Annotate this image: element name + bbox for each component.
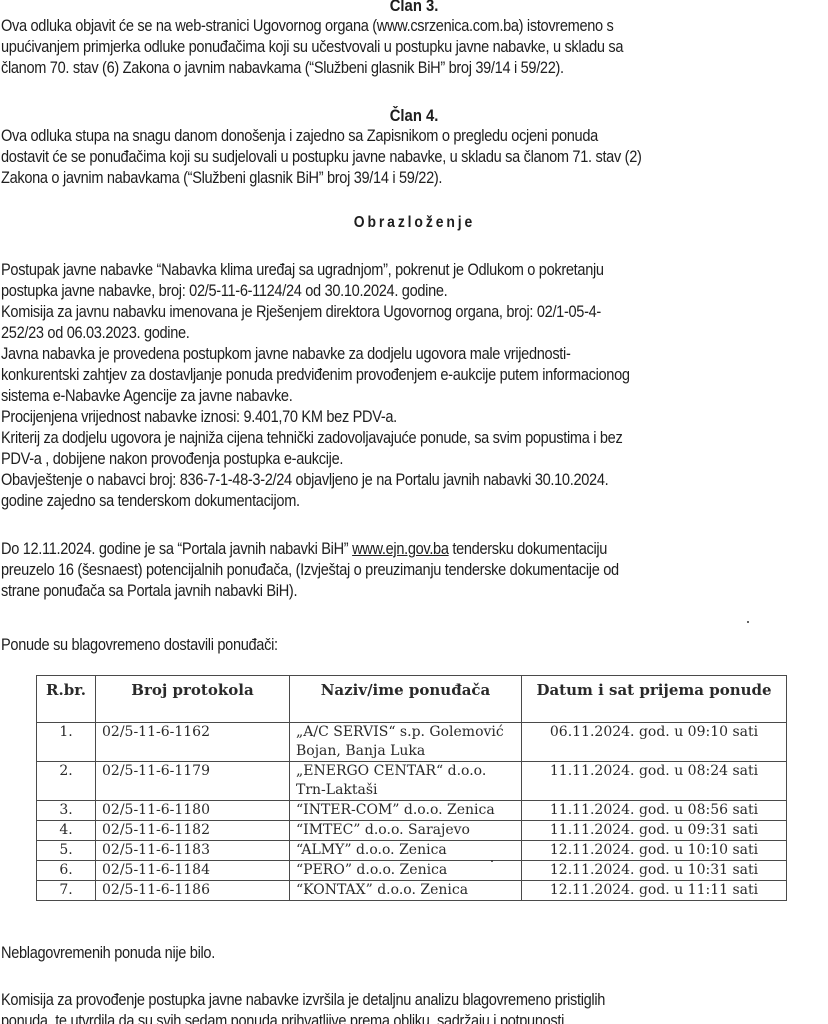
cell-protocol: 02/5-11-6-1186 <box>96 881 290 901</box>
rationale-line-8: Procijenjena vrijednost nabavke iznosi: … <box>1 407 397 428</box>
cell-received: 06.11.2024. god. u 09:10 sati <box>522 723 787 762</box>
rationale-line: 252/23 od 06.03.2023. godine. <box>1 323 210 344</box>
article-3-line: Ova odluka objavit će se na web-stranici… <box>1 16 682 37</box>
cell-received: 11.11.2024. god. u 09:31 sati <box>522 821 787 841</box>
download-line-1: Do 12.11.2024. godine je sa “Portala jav… <box>1 539 607 560</box>
download-line: strane ponuđača sa Portala javnih nabavk… <box>1 581 330 602</box>
cell-rbr: 3. <box>37 801 96 821</box>
offers-table: R.br. Broj protokola Naziv/ime ponuđača … <box>36 675 787 901</box>
offers-intro-text: Ponude su blagovremeno dostavili ponuđač… <box>1 635 278 656</box>
rationale-line: Javna nabavka je provedena postupkom jav… <box>1 344 634 365</box>
cell-rbr: 6. <box>37 861 96 881</box>
table-row: 6.02/5-11-6-1184“PERO” d.o.o. Zenica12.1… <box>37 861 787 881</box>
rationale-heading-text: Obrazloženje <box>353 213 474 233</box>
rationale-line-4: 252/23 od 06.03.2023. godine. <box>1 323 190 344</box>
rationale-heading: Obrazloženje <box>0 213 828 233</box>
header-received: Datum i sat prijema ponude <box>522 676 787 723</box>
cell-received: 11.11.2024. god. u 08:24 sati <box>522 762 787 801</box>
rationale-line-6: konkurentski zahtjev za dostavljanje pon… <box>1 365 630 386</box>
cell-bidder: “PERO” d.o.o. Zenica <box>290 861 522 881</box>
rationale-line: Procijenjena vrijednost nabavke iznosi: … <box>1 407 441 428</box>
cell-protocol: 02/5-11-6-1184 <box>96 861 290 881</box>
cell-bidder: „A/C SERVIS“ s.p. Golemović Bojan, Banja… <box>290 723 522 762</box>
cell-bidder: “IMTEC” d.o.o. Sarajevo <box>290 821 522 841</box>
rationale-line-7: sistema e-Nabavke Agencije za javne naba… <box>1 386 292 407</box>
article-4-line-1: Ova odluka stupa na snagu danom donošenj… <box>1 126 598 147</box>
download-line-2: preuzelo 16 (šesnaest) potencijalnih pon… <box>1 560 619 581</box>
ejn-portal-link[interactable]: www.ejn.gov.ba <box>352 540 449 558</box>
scan-speck <box>747 621 749 623</box>
download-text-after-link: tendersku dokumentaciju <box>449 540 607 558</box>
cell-bidder: “KONTAX” d.o.o. Zenica <box>290 881 522 901</box>
download-line: Do 12.11.2024. godine je sa “Portala jav… <box>1 539 674 560</box>
cell-protocol: 02/5-11-6-1179 <box>96 762 290 801</box>
article-3-line-1: Ova odluka objavit će se na web-stranici… <box>1 16 614 37</box>
table-row: 4.02/5-11-6-1182“IMTEC” d.o.o. Sarajevo1… <box>37 821 787 841</box>
rationale-line-9: Kriterij za dodjelu ugovora je najniža c… <box>1 428 622 449</box>
article-3-line: članom 70. stav (6) Zakona o javnim naba… <box>1 58 626 79</box>
article-3-heading: Clan 3. <box>0 0 828 16</box>
rationale-line: Kriterij za dodjelu ugovora je najniža c… <box>1 428 691 449</box>
late-offers-note: Neblagovremenih ponuda nije bilo. <box>1 943 239 964</box>
table-row: 3.02/5-11-6-1180“INTER-COM” d.o.o. Zenic… <box>37 801 787 821</box>
article-4-line: Zakona o javnim nabavkama (“Službeni gla… <box>1 168 491 189</box>
download-line: preuzelo 16 (šesnaest) potencijalnih pon… <box>1 560 687 581</box>
cell-rbr: 7. <box>37 881 96 901</box>
header-protocol: Broj protokola <box>96 676 290 723</box>
rationale-line: postupka javne nabavke, broj: 02/5-11-6-… <box>1 281 497 302</box>
late-offers-text: Neblagovremenih ponuda nije bilo. <box>1 943 215 964</box>
cell-bidder: “ALMY” d.o.o. Zenica <box>290 841 522 861</box>
download-text-before-link: Do 12.11.2024. godine je sa “Portala jav… <box>1 540 352 558</box>
cell-received: 11.11.2024. god. u 08:56 sati <box>522 801 787 821</box>
table-row: 7.02/5-11-6-1186“KONTAX” d.o.o. Zenica12… <box>37 881 787 901</box>
cell-protocol: 02/5-11-6-1182 <box>96 821 290 841</box>
rationale-line-12: godine zajedno sa tenderskom dokumentaci… <box>1 491 300 512</box>
article-4-heading-text: Član 4. <box>390 106 439 126</box>
table-row: 2.02/5-11-6-1179„ENERGO CENTAR“ d.o.o. T… <box>37 762 787 801</box>
analysis-line-2: ponuda, te utvrdila da su svih sedam pon… <box>1 1011 568 1024</box>
rationale-line: Obavještenje o nabavci broj: 836-7-1-48-… <box>1 470 676 491</box>
scan-speck <box>491 860 493 862</box>
download-line-3: strane ponuđača sa Portala javnih nabavk… <box>1 581 297 602</box>
cell-bidder: “INTER-COM” d.o.o. Zenica <box>290 801 522 821</box>
article-4-line: dostavit će se ponuđačima koji su sudjel… <box>1 147 713 168</box>
cell-rbr: 1. <box>37 723 96 762</box>
rationale-line: godine zajedno sa tenderskom dokumentaci… <box>1 491 333 512</box>
cell-received: 12.11.2024. god. u 11:11 sati <box>522 881 787 901</box>
rationale-line: konkurentski zahtjev za dostavljanje pon… <box>1 365 700 386</box>
rationale-line-1: Postupak javne nabavke “Nabavka klima ur… <box>1 260 604 281</box>
article-4-line-3: Zakona o javnim nabavkama (“Službeni gla… <box>1 168 442 189</box>
article-4-line: Ova odluka stupa na snagu danom donošenj… <box>1 126 664 147</box>
article-3-line-2: upućivanjem primjerka odluke ponuđačima … <box>1 37 623 58</box>
cell-rbr: 2. <box>37 762 96 801</box>
rationale-line: PDV-a , dobijene nakon provođenja postup… <box>1 449 381 470</box>
article-3-line: upućivanjem primjerka odluke ponuđačima … <box>1 37 692 58</box>
cell-bidder: „ENERGO CENTAR“ d.o.o. Trn-Laktaši <box>290 762 522 801</box>
rationale-line-10: PDV-a , dobijene nakon provođenja postup… <box>1 449 343 470</box>
cell-rbr: 5. <box>37 841 96 861</box>
cell-rbr: 4. <box>37 821 96 841</box>
cell-protocol: 02/5-11-6-1183 <box>96 841 290 861</box>
analysis-line: Komisija za provođenje postupka javne na… <box>1 990 672 1011</box>
rationale-line-5: Javna nabavka je provedena postupkom jav… <box>1 344 570 365</box>
cell-protocol: 02/5-11-6-1162 <box>96 723 290 762</box>
rationale-line-3: Komisija za javnu nabavku imenovana je R… <box>1 302 601 323</box>
header-bidder: Naziv/ime ponuđača <box>290 676 522 723</box>
cell-protocol: 02/5-11-6-1180 <box>96 801 290 821</box>
table-header-row: R.br. Broj protokola Naziv/ime ponuđača … <box>37 676 787 723</box>
article-4-line-2: dostavit će se ponuđačima koji su sudjel… <box>1 147 642 168</box>
article-3-line-3: članom 70. stav (6) Zakona o javnim naba… <box>1 58 564 79</box>
article-4-heading: Član 4. <box>0 106 828 126</box>
offers-intro: Ponude su blagovremeno dostavili ponuđač… <box>1 635 308 656</box>
rationale-line-2: postupka javne nabavke, broj: 02/5-11-6-… <box>1 281 447 302</box>
article-3-heading-text: Clan 3. <box>390 0 439 16</box>
cell-received: 12.11.2024. god. u 10:10 sati <box>522 841 787 861</box>
cell-received: 12.11.2024. god. u 10:31 sati <box>522 861 787 881</box>
rationale-line: Komisija za javnu nabavku imenovana je R… <box>1 302 668 323</box>
table-row: 1.02/5-11-6-1162„A/C SERVIS“ s.p. Golemo… <box>37 723 787 762</box>
analysis-line-1: Komisija za provođenje postupka javne na… <box>1 990 605 1011</box>
table-row: 5.02/5-11-6-1183“ALMY” d.o.o. Zenica12.1… <box>37 841 787 861</box>
header-rbr: R.br. <box>37 676 96 723</box>
analysis-line: ponuda, te utvrdila da su svih sedam pon… <box>1 1011 631 1024</box>
rationale-line: Postupak javne nabavke “Nabavka klima ur… <box>1 260 671 281</box>
rationale-line: sistema e-Nabavke Agencije za javne naba… <box>1 386 325 407</box>
offers-table-body: 1.02/5-11-6-1162„A/C SERVIS“ s.p. Golemo… <box>37 723 787 901</box>
rationale-line-11: Obavještenje o nabavci broj: 836-7-1-48-… <box>1 470 608 491</box>
